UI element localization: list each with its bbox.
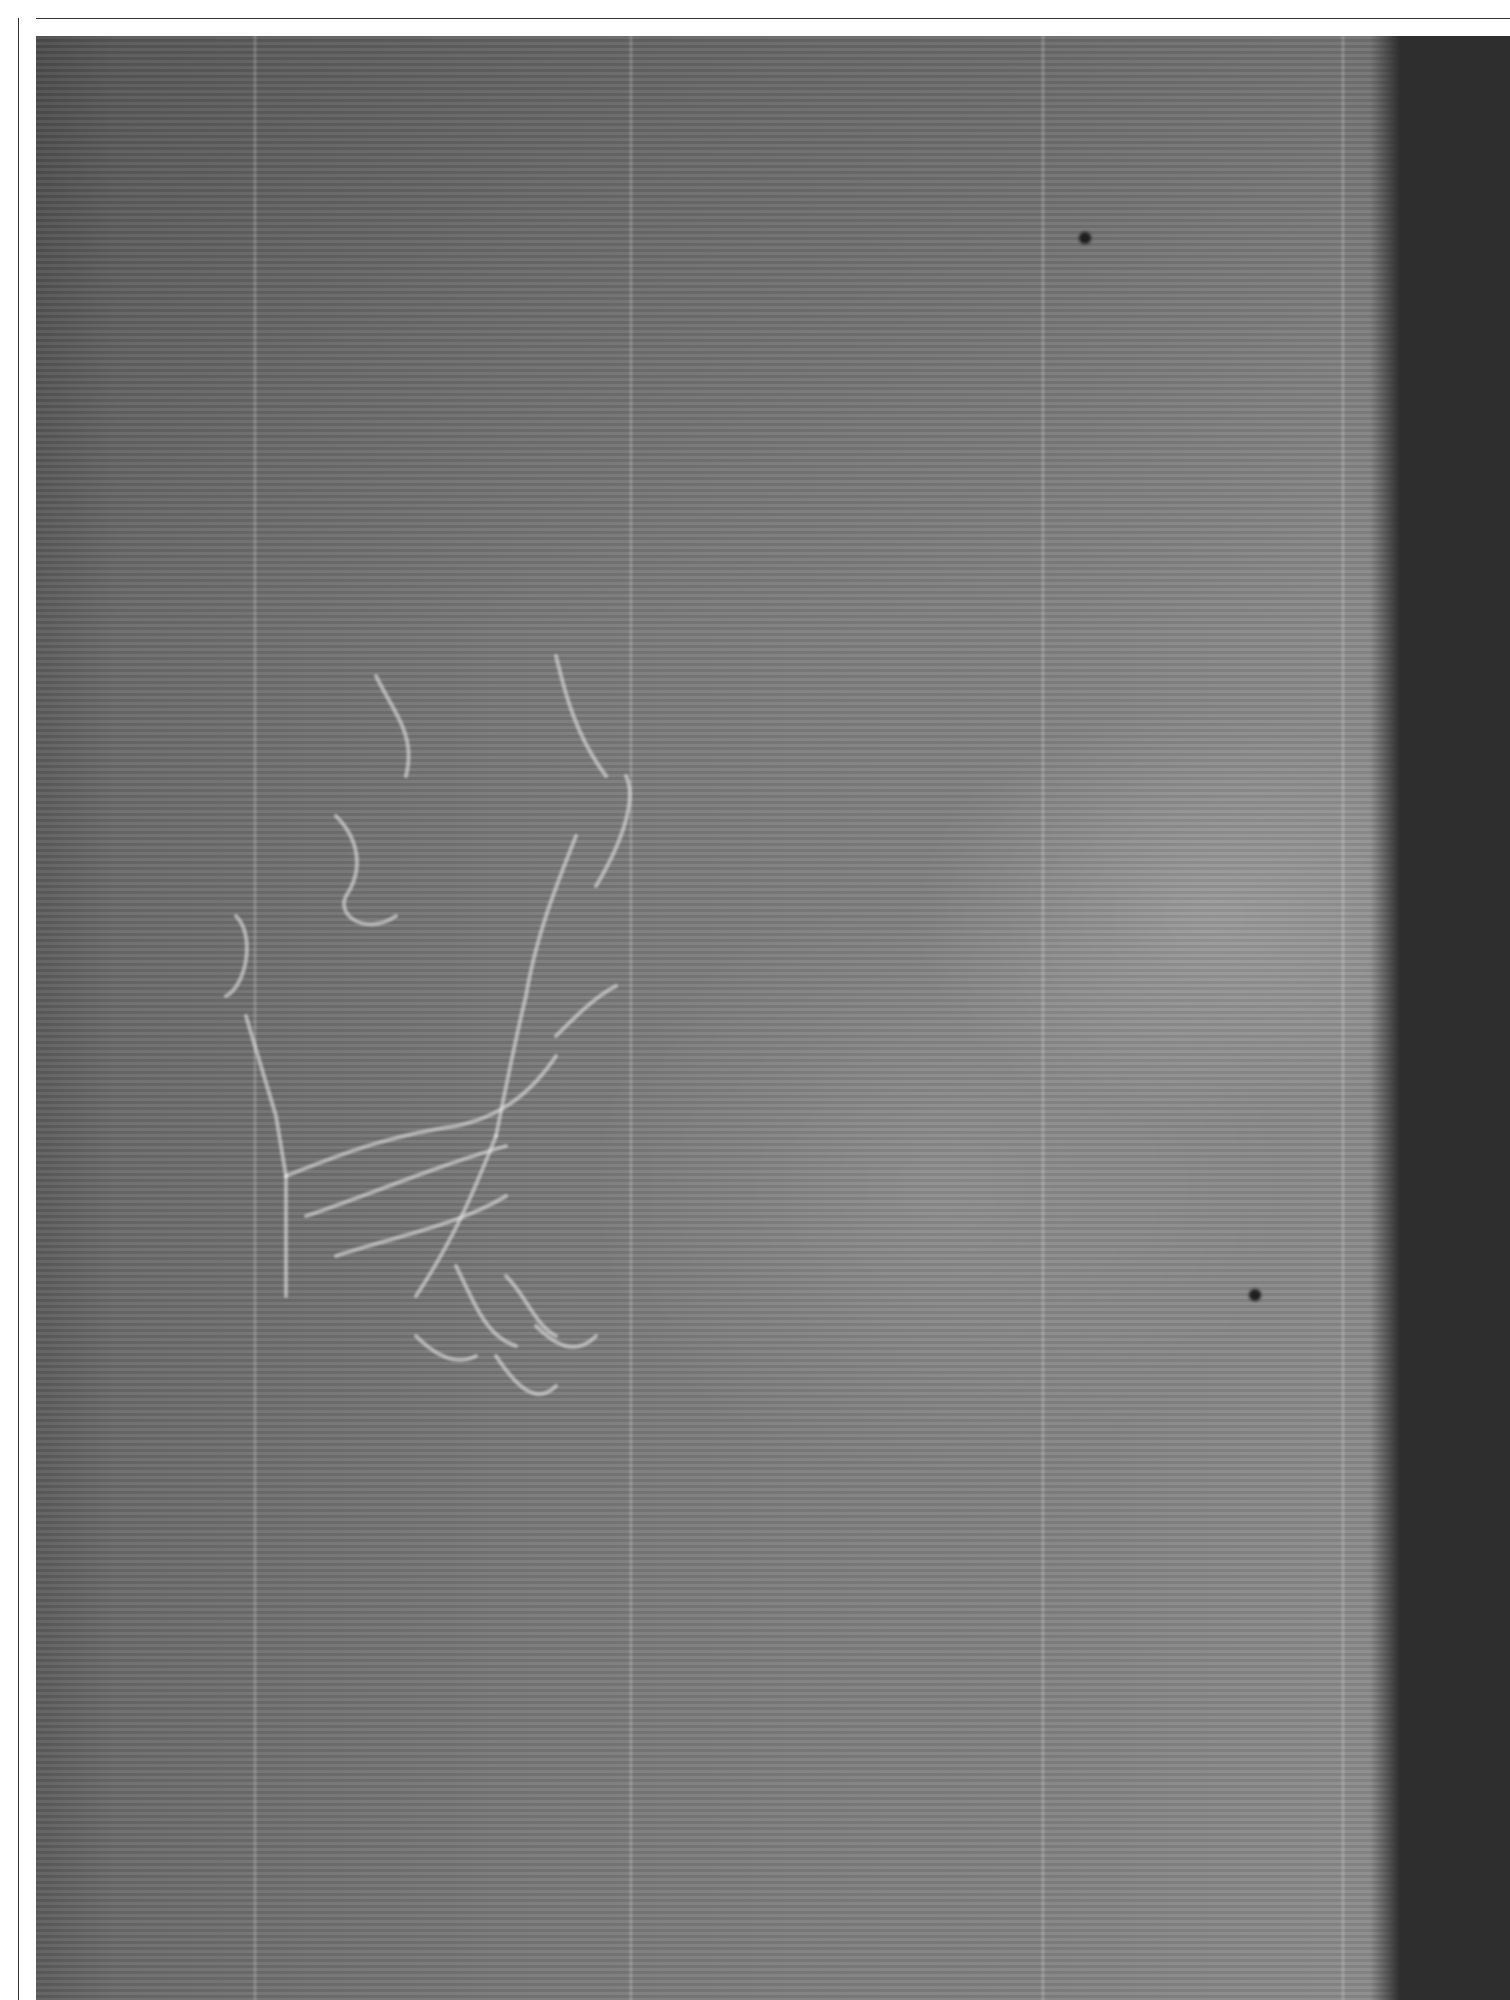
ink-spot: [1079, 232, 1091, 244]
dark-edge-band: [1400, 36, 1510, 2000]
scanned-page: [36, 36, 1510, 2000]
ruler-top-axis: [18, 18, 1510, 19]
ruler-top: [0, 0, 1510, 36]
watermark: [36, 36, 1510, 2000]
ruler-left-axis: [18, 18, 19, 2000]
ink-spot: [1249, 1289, 1261, 1301]
ruler-left: [0, 0, 36, 2000]
edge-shadow: [1370, 36, 1400, 2000]
